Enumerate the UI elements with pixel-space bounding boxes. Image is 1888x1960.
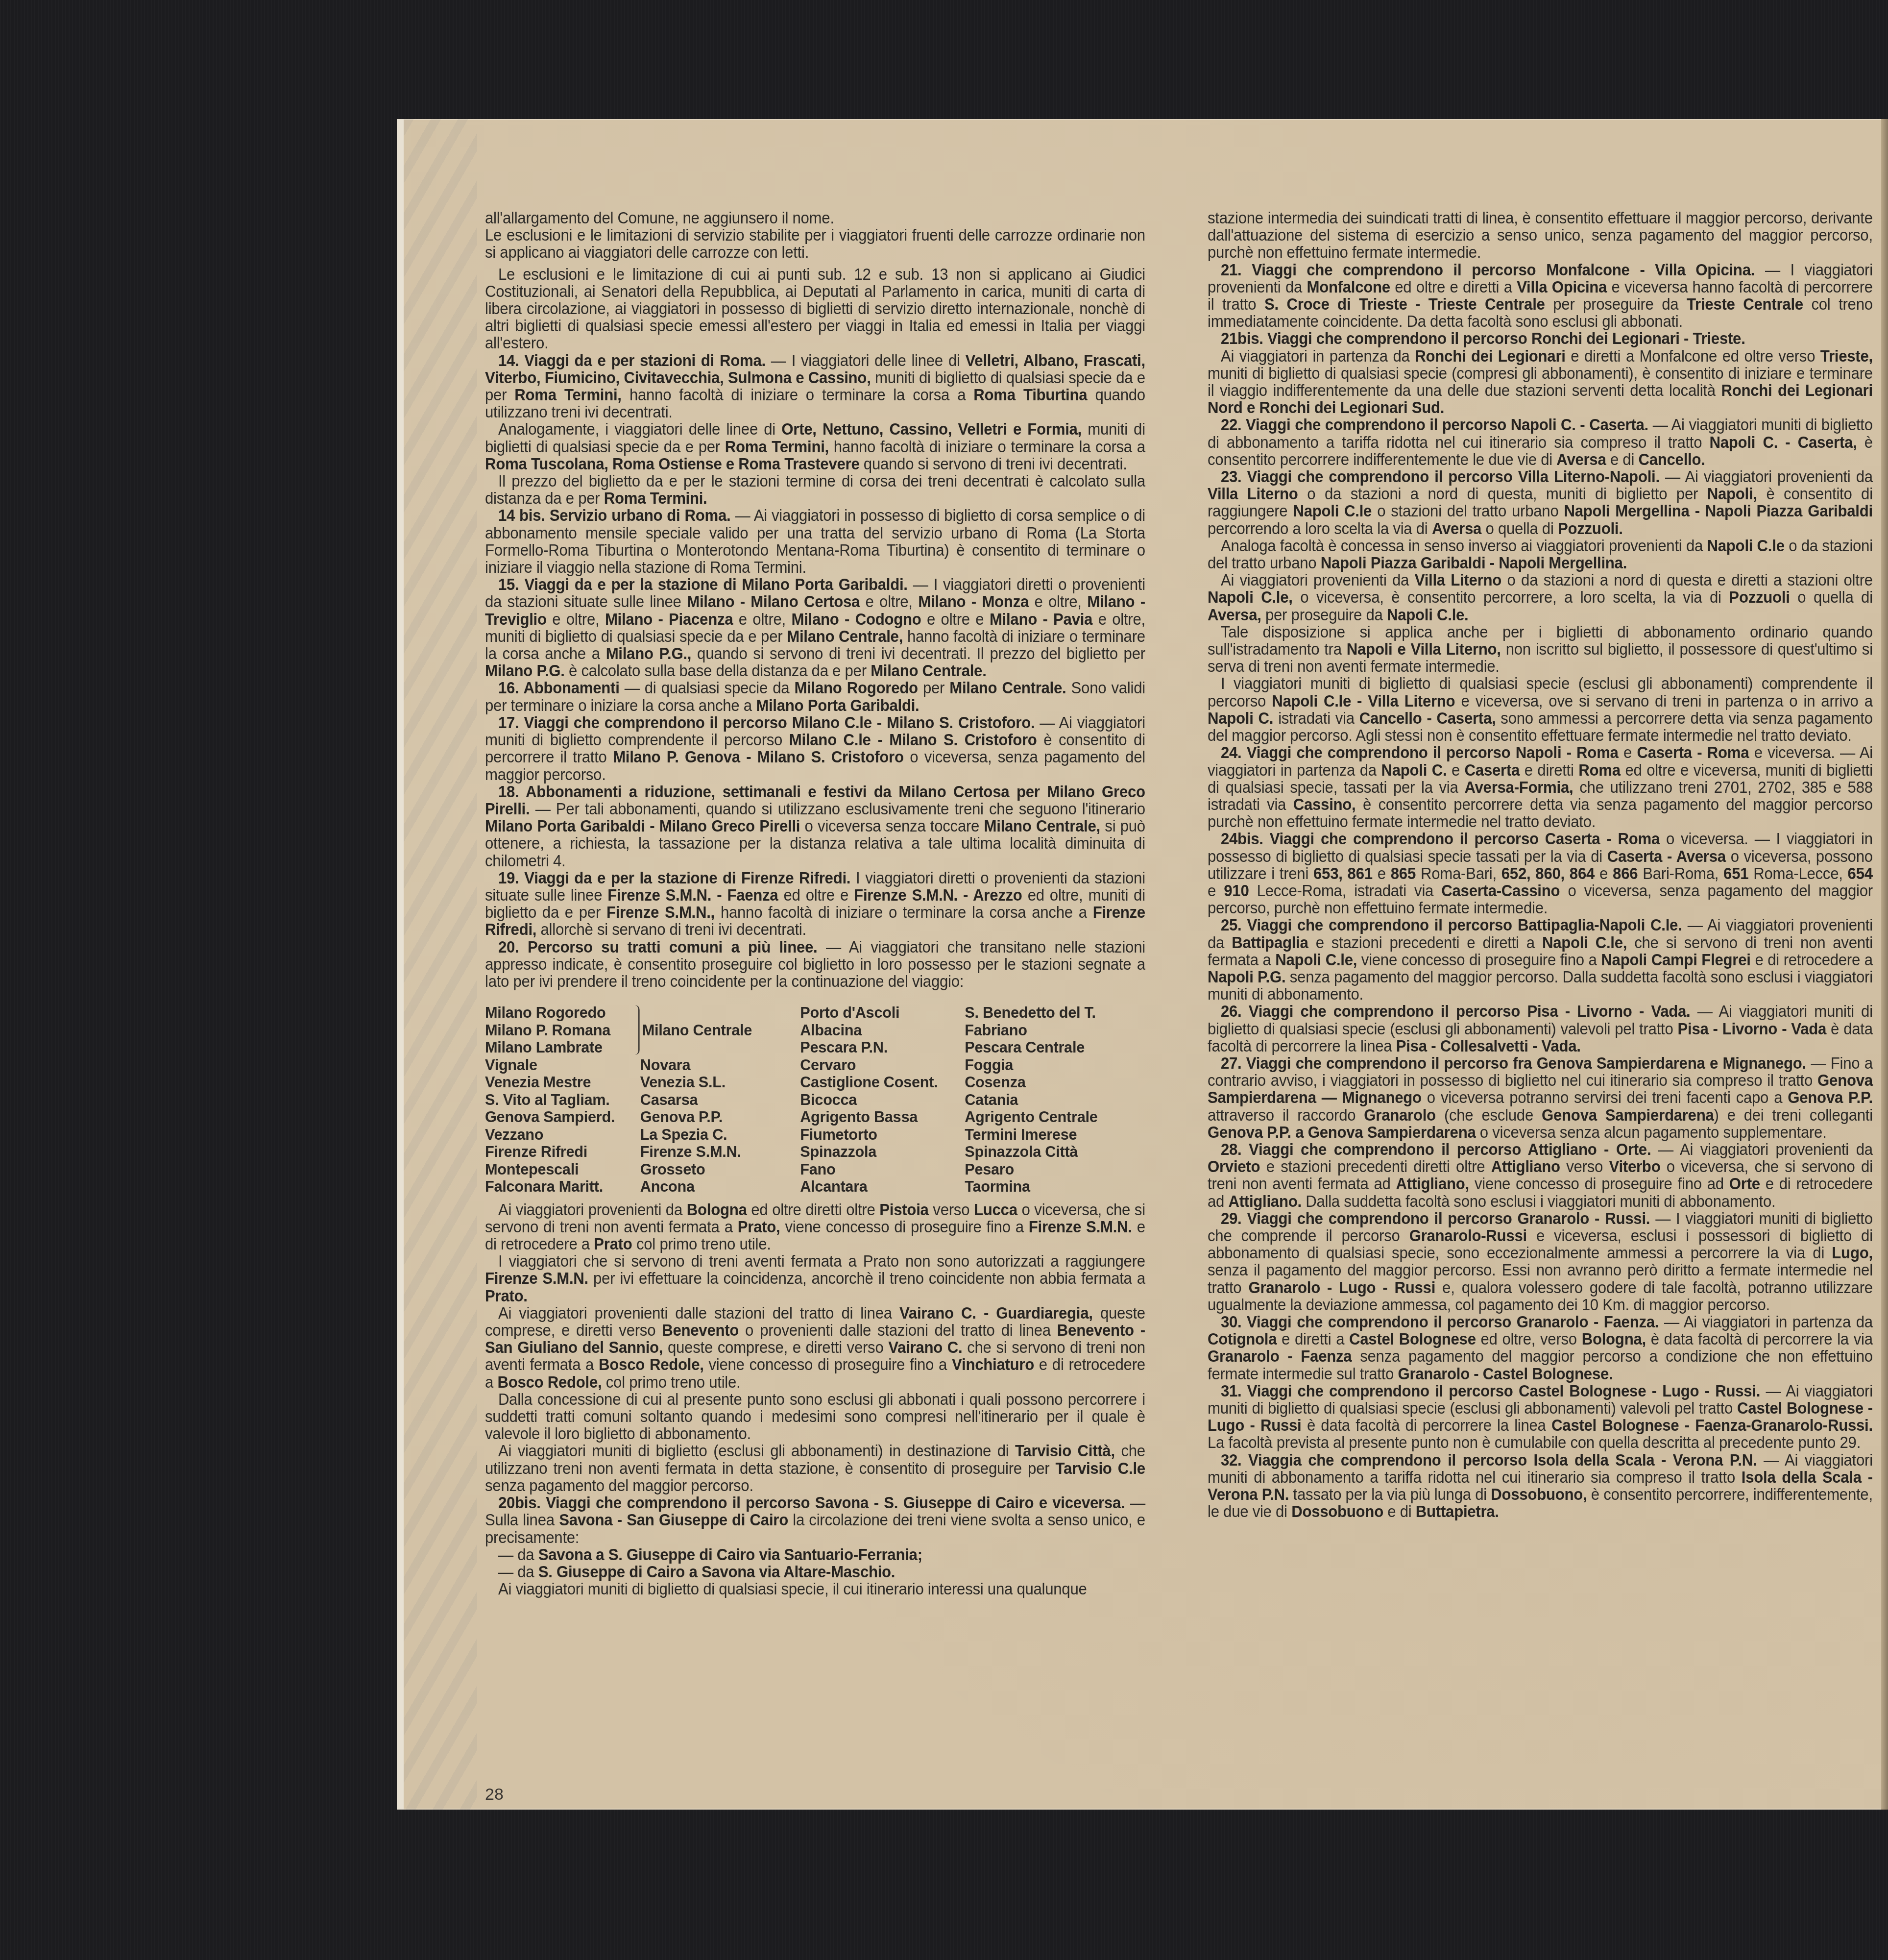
- section-heading: 21bis. Viaggi che comprendono il percors…: [1221, 330, 1745, 347]
- section-heading: 31. Viaggi che comprendono il percorso C…: [1221, 1382, 1760, 1400]
- station-cell: Falconara Maritt.: [485, 1178, 640, 1196]
- section-22: 22. Viaggi che comprendono il percorso N…: [1208, 416, 1873, 468]
- paragraph: Le esclusioni e le limitazioni di serviz…: [485, 227, 1145, 261]
- station-cell: S. Vito al Tagliam.: [485, 1091, 640, 1109]
- section-21bis: 21bis. Viaggi che comprendono il percors…: [1208, 330, 1873, 347]
- station-cell: Vignale: [485, 1056, 640, 1074]
- paragraph: stazione intermedia dei suindicati tratt…: [1208, 210, 1873, 262]
- left-page: all'allargamento del Comune, ne aggiunse…: [485, 210, 1146, 1598]
- section-heading: 16. Abbonamenti: [498, 679, 620, 697]
- brace-icon: [632, 1005, 640, 1055]
- station-transfer-table: Milano RogoredoPorto d'AscoliS. Benedett…: [485, 1004, 1145, 1196]
- section-heading: 24bis. Viaggi che comprendono il percors…: [1221, 830, 1660, 848]
- section-heading: 28. Viaggi che comprendono il percorso A…: [1221, 1141, 1651, 1158]
- left-page-text: all'allargamento del Comune, ne aggiunse…: [485, 210, 1145, 1598]
- paragraph: Ai viaggiatori provenienti dalle stazion…: [485, 1305, 1145, 1391]
- section-14: 14. Viaggi da e per stazioni di Roma. — …: [485, 352, 1145, 421]
- section-26: 26. Viaggi che comprendono il percorso P…: [1208, 1003, 1873, 1055]
- section-15: 15. Viaggi da e per la stazione di Milan…: [485, 576, 1145, 680]
- section-heading: 30. Viaggi che comprendono il percorso G…: [1221, 1313, 1659, 1331]
- section-heading: 26. Viaggi che comprendono il percorso P…: [1221, 1003, 1691, 1020]
- section-heading: 19. Viaggi da e per la stazione di Firen…: [498, 869, 850, 887]
- section-heading: 17. Viaggi che comprendono il percorso M…: [498, 714, 1035, 732]
- section-30: 30. Viaggi che comprendono il percorso G…: [1208, 1314, 1873, 1383]
- section-heading: 20. Percorso su tratti comuni a più line…: [498, 938, 818, 956]
- section-heading: 15. Viaggi da e per la stazione di Milan…: [498, 576, 908, 593]
- section-24bis: 24bis. Viaggi che comprendono il percors…: [1208, 831, 1873, 917]
- paragraph: I viaggiatori che si servono di treni av…: [485, 1253, 1145, 1305]
- station-cell: Montepescali: [485, 1161, 640, 1178]
- section-31: 31. Viaggi che comprendono il percorso C…: [1208, 1383, 1873, 1452]
- section-32: 32. Viaggia che comprendono il percorso …: [1208, 1452, 1873, 1521]
- section-heading: 24. Viaggi che comprendono il percorso N…: [1221, 744, 1619, 761]
- open-booklet-spread: all'allargamento del Comune, ne aggiunse…: [397, 119, 1888, 1810]
- station-cell: Milano P. Romana: [485, 1022, 640, 1039]
- section-16: 16. Abbonamenti — di qualsiasi specie da…: [485, 680, 1145, 714]
- list-item: — da S. Giuseppe di Cairo a Savona via A…: [485, 1564, 1145, 1581]
- section-21: 21. Viaggi che comprendono il percorso M…: [1208, 262, 1873, 331]
- section-29: 29. Viaggi che comprendono il percorso G…: [1208, 1210, 1873, 1314]
- station-cell: Vezzano: [485, 1126, 640, 1144]
- section-17: 17. Viaggi che comprendono il percorso M…: [485, 714, 1145, 784]
- station-cell: Firenze Rifredi: [485, 1143, 640, 1161]
- section-20: 20. Percorso su tratti comuni a più line…: [485, 939, 1145, 991]
- paragraph: Analoga facoltà è concessa in senso inve…: [1208, 538, 1873, 572]
- section-25: 25. Viaggi che comprendono il percorso B…: [1208, 917, 1873, 1003]
- section-heading: 25. Viaggi che comprendono il percorso B…: [1221, 916, 1682, 934]
- section-heading: 23. Viaggi che comprendono il percorso V…: [1221, 468, 1660, 486]
- page-number: 28: [485, 1785, 504, 1804]
- section-heading: 32. Viaggia che comprendono il percorso …: [1221, 1451, 1757, 1469]
- paragraph: Ai viaggiatori provenienti da Bologna ed…: [485, 1201, 1145, 1253]
- section-18: 18. Abbonamenti a riduzione, settimanali…: [485, 784, 1145, 870]
- section-heading: 14 bis. Servizio urbano di Roma.: [498, 507, 731, 524]
- station-cell: Genova Sampierd.: [485, 1108, 640, 1126]
- paragraph: Ai viaggiatori provenienti da Villa Lite…: [1208, 572, 1873, 624]
- section-27: 27. Viaggi che comprendono il percorso f…: [1208, 1055, 1873, 1141]
- section-19: 19. Viaggi da e per la stazione di Firen…: [485, 870, 1145, 939]
- section-heading: 21. Viaggi che comprendono il percorso M…: [1221, 261, 1755, 279]
- section-28: 28. Viaggi che comprendono il percorso A…: [1208, 1141, 1873, 1210]
- paragraph: Ai viaggiatori in partenza da Ronchi dei…: [1208, 348, 1873, 417]
- paragraph: Analogamente, i viaggiatori delle linee …: [485, 421, 1145, 473]
- section-heading: 22. Viaggi che comprendono il percorso N…: [1221, 416, 1648, 434]
- section-24: 24. Viaggi che comprendono il percorso N…: [1208, 744, 1873, 831]
- section-heading: 27. Viaggi che comprendono il percorso f…: [1221, 1054, 1806, 1072]
- paragraph: Il prezzo del biglietto da e per le staz…: [485, 473, 1145, 507]
- station-cell: Milano Lambrate: [485, 1039, 640, 1056]
- right-page-text: stazione intermedia dei suindicati tratt…: [1208, 210, 1873, 1520]
- section-heading: 29. Viaggi che comprendono il percorso G…: [1221, 1210, 1650, 1227]
- paragraph: Ai viaggiatori muniti di biglietto di qu…: [485, 1581, 1145, 1598]
- paragraph: Ai viaggiatori muniti di biglietto (escl…: [485, 1443, 1145, 1494]
- paragraph: I viaggiatori muniti di biglietto di qua…: [1208, 675, 1873, 744]
- section-heading: 14. Viaggi da e per stazioni di Roma.: [498, 352, 766, 369]
- section-heading: 20bis. Viaggi che comprendono il percors…: [498, 1494, 1125, 1512]
- right-page: stazione intermedia dei suindicati tratt…: [1208, 210, 1874, 1520]
- paragraph: Le esclusioni e le limitazione di cui ai…: [485, 266, 1145, 352]
- station-cell: Venezia Mestre: [485, 1074, 640, 1091]
- station-cell: Milano Rogoredo: [485, 1004, 640, 1022]
- section-23: 23. Viaggi che comprendono il percorso V…: [1208, 468, 1873, 538]
- paragraph: Dalla concessione di cui al presente pun…: [485, 1391, 1145, 1443]
- paragraph: Tale disposizione si applica anche per i…: [1208, 624, 1873, 676]
- list-item: — da Savona a S. Giuseppe di Cairo via S…: [485, 1546, 1145, 1564]
- section-14bis: 14 bis. Servizio urbano di Roma. — Ai vi…: [485, 507, 1145, 576]
- paragraph: all'allargamento del Comune, ne aggiunse…: [485, 210, 1145, 227]
- section-20bis: 20bis. Viaggi che comprendono il percors…: [485, 1494, 1145, 1546]
